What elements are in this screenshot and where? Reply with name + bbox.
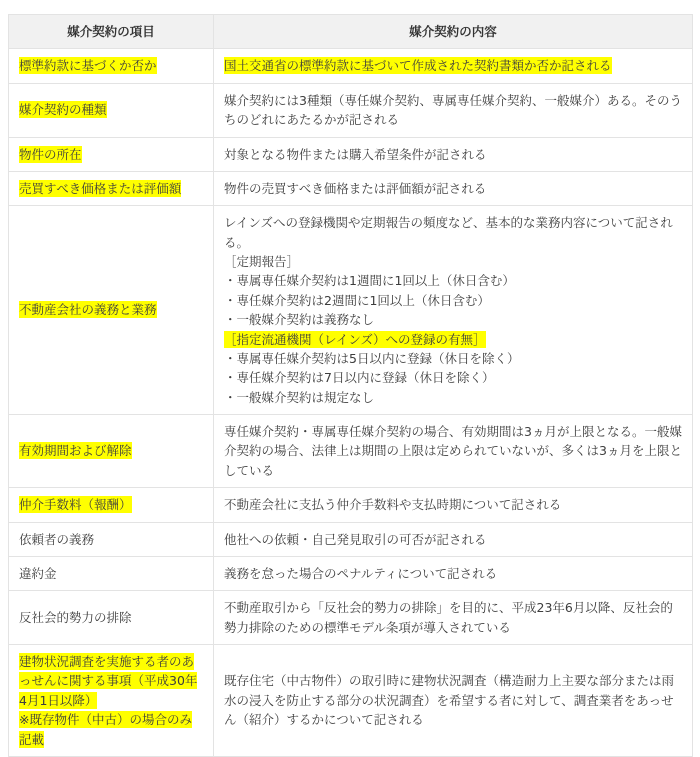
item-cell: 依頼者の義務 [9, 522, 214, 556]
content-cell: 媒介契約には3種類（専任媒介契約、専属専任媒介契約、一般媒介）ある。そのうちのど… [214, 83, 693, 137]
content-line: 不動産取引から「反社会的勢力の排除」を目的に、平成23年6月以降、反社会的勢力排… [224, 598, 682, 637]
plain-text: 媒介契約には3種類（専任媒介契約、専属専任媒介契約、一般媒介）ある。そのうちのど… [224, 93, 682, 127]
content-line: ・専属専任媒介契約は5日以内に登録（休日を除く） [224, 349, 682, 368]
content-line: 不動産会社に支払う仲介手数料や支払時期について記される [224, 495, 682, 514]
item-label: 物件の所在 [19, 145, 203, 164]
item-cell: 物件の所在 [9, 137, 214, 171]
content-line: 他社への依頼・自己発見取引の可否が記される [224, 530, 682, 549]
content-cell: 国土交通省の標準約款に基づいて作成された契約書類か否か記される [214, 49, 693, 83]
plain-text: 物件の売買すべき価格または評価額が記される [224, 181, 486, 196]
content-cell: 専任媒介契約・専属専任媒介契約の場合、有効期間は3ヵ月が上限となる。一般媒介契約… [214, 415, 693, 488]
content-cell: 他社への依頼・自己発見取引の可否が記される [214, 522, 693, 556]
highlighted-text: 国土交通省の標準約款に基づいて作成された契約書類か否か記される [224, 57, 612, 74]
plain-text: 既存住宅（中古物件）の取引時に建物状況調査（構造耐力上主要な部分または雨水の浸入… [224, 673, 674, 727]
highlighted-text: 有効期間および解除 [19, 442, 132, 459]
content-cell: 既存住宅（中古物件）の取引時に建物状況調査（構造耐力上主要な部分または雨水の浸入… [214, 645, 693, 757]
content-cell: レインズへの登録機関や定期報告の頻度など、基本的な業務内容について記される。［定… [214, 206, 693, 415]
table-row: 売買すべき価格または評価額物件の売買すべき価格または評価額が記される [9, 171, 693, 205]
plain-text: ・専任媒介契約は7日以内に登録（休日を除く） [224, 370, 494, 385]
item-cell: 違約金 [9, 556, 214, 590]
content-line: 専任媒介契約・専属専任媒介契約の場合、有効期間は3ヵ月が上限となる。一般媒介契約… [224, 422, 682, 480]
plain-text: 不動産取引から「反社会的勢力の排除」を目的に、平成23年6月以降、反社会的勢力排… [224, 600, 673, 634]
item-label: 標準約款に基づくか否か [19, 56, 203, 75]
plain-text: 反社会的勢力の排除 [19, 610, 132, 625]
highlighted-text: 媒介契約の種類 [19, 101, 107, 118]
item-label: 仲介手数料（報酬） [19, 495, 203, 514]
plain-text: ・専属専任媒介契約は5日以内に登録（休日を除く） [224, 351, 519, 366]
highlighted-text: 売買すべき価格または評価額 [19, 180, 181, 197]
mediation-contract-table: 媒介契約の項目 媒介契約の内容 標準約款に基づくか否か国土交通省の標準約款に基づ… [8, 14, 693, 757]
content-line: ・一般媒介契約は規定なし [224, 388, 682, 407]
content-line: 義務を怠った場合のペナルティについて記される [224, 564, 682, 583]
table-row: 仲介手数料（報酬）不動産会社に支払う仲介手数料や支払時期について記される [9, 488, 693, 522]
plain-text: ・専属専任媒介契約は1週間に1回以上（休日含む） [224, 273, 515, 288]
table-row: 物件の所在対象となる物件または購入希望条件が記される [9, 137, 693, 171]
item-label: 売買すべき価格または評価額 [19, 179, 203, 198]
content-line: ・専任媒介契約は2週間に1回以上（休日含む） [224, 291, 682, 310]
table-body: 標準約款に基づくか否か国土交通省の標準約款に基づいて作成された契約書類か否か記さ… [9, 49, 693, 757]
content-line: ・一般媒介契約は義務なし [224, 310, 682, 329]
plain-text: ・専任媒介契約は2週間に1回以上（休日含む） [224, 293, 490, 308]
content-line: 既存住宅（中古物件）の取引時に建物状況調査（構造耐力上主要な部分または雨水の浸入… [224, 671, 682, 729]
item-label: 違約金 [19, 564, 203, 583]
highlighted-text: 建物状況調査を実施する者のあっせんに関する事項（平成30年4月1日以降） [19, 653, 197, 709]
content-cell: 物件の売買すべき価格または評価額が記される [214, 171, 693, 205]
item-cell: 建物状況調査を実施する者のあっせんに関する事項（平成30年4月1日以降）※既存物… [9, 645, 214, 757]
content-line: ［指定流通機関（レインズ）への登録の有無］ [224, 330, 682, 349]
content-line: ・専属専任媒介契約は1週間に1回以上（休日含む） [224, 271, 682, 290]
highlighted-text: ［指定流通機関（レインズ）への登録の有無］ [224, 331, 486, 348]
plain-text: 専任媒介契約・専属専任媒介契約の場合、有効期間は3ヵ月が上限となる。一般媒介契約… [224, 424, 682, 478]
item-cell: 有効期間および解除 [9, 415, 214, 488]
header-row: 媒介契約の項目 媒介契約の内容 [9, 15, 693, 49]
plain-text: 違約金 [19, 566, 57, 581]
highlighted-text: 標準約款に基づくか否か [19, 57, 157, 74]
table-row: 反社会的勢力の排除不動産取引から「反社会的勢力の排除」を目的に、平成23年6月以… [9, 591, 693, 645]
content-line: ［定期報告］ [224, 252, 682, 271]
content-cell: 対象となる物件または購入希望条件が記される [214, 137, 693, 171]
table-row: 建物状況調査を実施する者のあっせんに関する事項（平成30年4月1日以降）※既存物… [9, 645, 693, 757]
item-label: 有効期間および解除 [19, 441, 203, 460]
content-line: 媒介契約には3種類（専任媒介契約、専属専任媒介契約、一般媒介）ある。そのうちのど… [224, 91, 682, 130]
item-cell: 媒介契約の種類 [9, 83, 214, 137]
item-cell: 売買すべき価格または評価額 [9, 171, 214, 205]
highlighted-text: 仲介手数料（報酬） [19, 496, 132, 513]
table-header: 媒介契約の項目 媒介契約の内容 [9, 15, 693, 49]
highlighted-text: 不動産会社の義務と業務 [19, 301, 157, 318]
content-line: 物件の売買すべき価格または評価額が記される [224, 179, 682, 198]
plain-text: ［定期報告］ [224, 254, 299, 269]
table-row: 媒介契約の種類媒介契約には3種類（専任媒介契約、専属専任媒介契約、一般媒介）ある… [9, 83, 693, 137]
item-cell: 反社会的勢力の排除 [9, 591, 214, 645]
page: 媒介契約の項目 媒介契約の内容 標準約款に基づくか否か国土交通省の標準約款に基づ… [0, 0, 700, 714]
item-label: 依頼者の義務 [19, 530, 203, 549]
content-line: 国土交通省の標準約款に基づいて作成された契約書類か否か記される [224, 56, 682, 75]
header-cell-content: 媒介契約の内容 [214, 15, 693, 49]
plain-text: 義務を怠った場合のペナルティについて記される [224, 566, 497, 581]
item-label: 建物状況調査を実施する者のあっせんに関する事項（平成30年4月1日以降） [19, 652, 203, 710]
plain-text: 依頼者の義務 [19, 532, 94, 547]
item-label: ※既存物件（中古）の場合のみ記載 [19, 710, 203, 749]
content-cell: 不動産会社に支払う仲介手数料や支払時期について記される [214, 488, 693, 522]
content-line: レインズへの登録機関や定期報告の頻度など、基本的な業務内容について記される。 [224, 213, 682, 252]
item-cell: 不動産会社の義務と業務 [9, 206, 214, 415]
plain-text: ・一般媒介契約は義務なし [224, 312, 374, 327]
table-row: 有効期間および解除専任媒介契約・専属専任媒介契約の場合、有効期間は3ヵ月が上限と… [9, 415, 693, 488]
content-line: 対象となる物件または購入希望条件が記される [224, 145, 682, 164]
table-row: 不動産会社の義務と業務レインズへの登録機関や定期報告の頻度など、基本的な業務内容… [9, 206, 693, 415]
plain-text: ・一般媒介契約は規定なし [224, 390, 374, 405]
content-line: ・専任媒介契約は7日以内に登録（休日を除く） [224, 368, 682, 387]
table-row: 標準約款に基づくか否か国土交通省の標準約款に基づいて作成された契約書類か否か記さ… [9, 49, 693, 83]
item-cell: 標準約款に基づくか否か [9, 49, 214, 83]
highlighted-text: ※既存物件（中古）の場合のみ記載 [19, 711, 192, 747]
plain-text: 不動産会社に支払う仲介手数料や支払時期について記される [224, 497, 561, 512]
highlighted-text: 物件の所在 [19, 146, 82, 163]
item-label: 反社会的勢力の排除 [19, 608, 203, 627]
content-cell: 不動産取引から「反社会的勢力の排除」を目的に、平成23年6月以降、反社会的勢力排… [214, 591, 693, 645]
item-label: 媒介契約の種類 [19, 100, 203, 119]
header-cell-item: 媒介契約の項目 [9, 15, 214, 49]
item-label: 不動産会社の義務と業務 [19, 300, 203, 319]
table-row: 違約金義務を怠った場合のペナルティについて記される [9, 556, 693, 590]
plain-text: 対象となる物件または購入希望条件が記される [224, 147, 487, 162]
plain-text: 他社への依頼・自己発見取引の可否が記される [224, 532, 487, 547]
table-row: 依頼者の義務他社への依頼・自己発見取引の可否が記される [9, 522, 693, 556]
item-cell: 仲介手数料（報酬） [9, 488, 214, 522]
content-cell: 義務を怠った場合のペナルティについて記される [214, 556, 693, 590]
plain-text: レインズへの登録機関や定期報告の頻度など、基本的な業務内容について記される。 [224, 215, 673, 249]
